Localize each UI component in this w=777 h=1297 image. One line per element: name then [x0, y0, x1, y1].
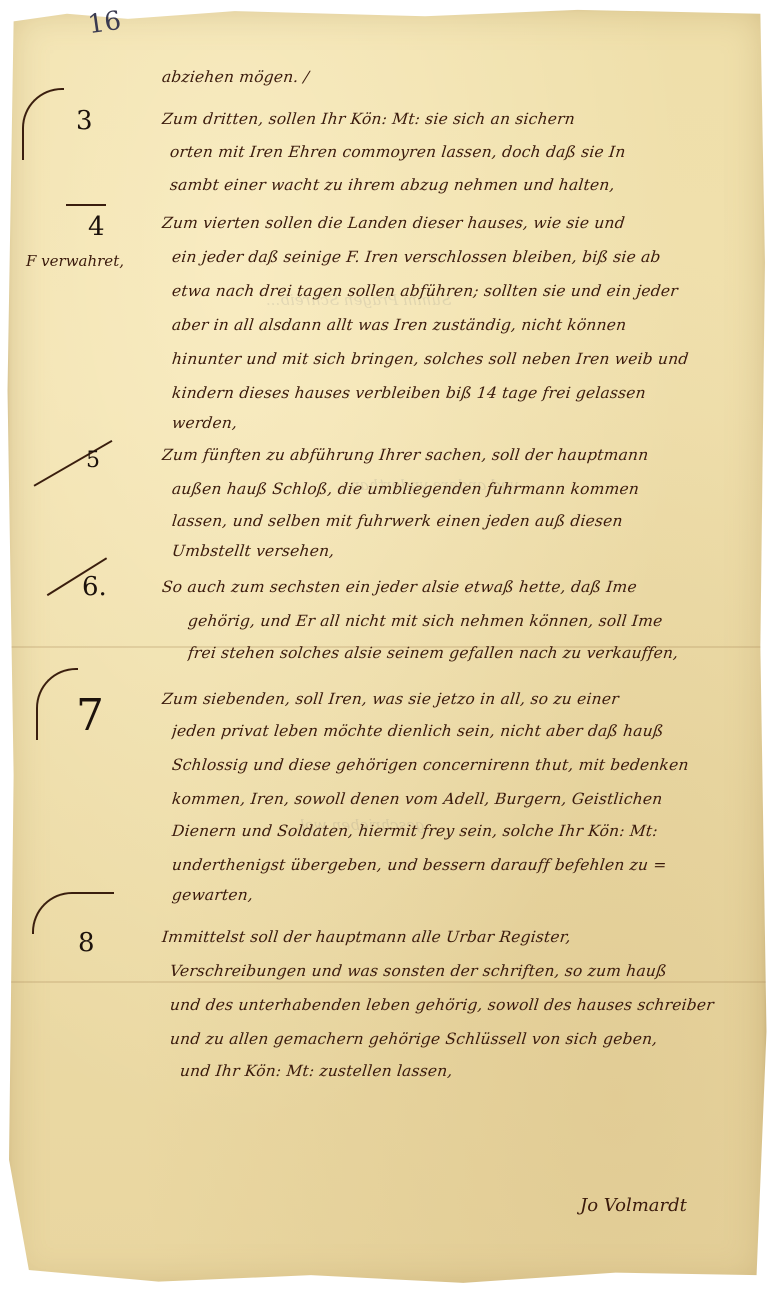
margin-note: F verwahret, [26, 252, 124, 270]
manuscript-line: und zu allen gemachern gehörige Schlüsse… [169, 1030, 756, 1048]
manuscript-line: jeden privat leben möchte dienlich sein,… [171, 722, 758, 740]
paragraph-number: 7 [76, 690, 104, 741]
signature: Jo Volmardt [580, 1195, 687, 1216]
manuscript-line: Immittelst soll der hauptmann alle Urbar… [161, 928, 748, 946]
manuscript-line: Zum fünften zu abführung Ihrer sachen, s… [161, 446, 748, 464]
manuscript-line: aber in all alsdann allt was Iren zustän… [171, 316, 758, 334]
manuscript-line: und Ihr Kön: Mt: zustellen lassen, [179, 1062, 766, 1080]
manuscript-line: kommen, Iren, sowoll denen vom Adell, Bu… [171, 790, 758, 808]
manuscript-line: Dienern und Soldaten, hiermit frey sein,… [171, 822, 758, 840]
paragraph-number: 4 [88, 212, 105, 242]
manuscript-line: Schlossig und diese gehörigen concernire… [171, 756, 758, 774]
manuscript-line: gewarten, [171, 886, 758, 904]
manuscript-line: sambt einer wacht zu ihrem abzug nehmen … [169, 176, 756, 194]
manuscript-line: Zum siebenden, soll Iren, was sie jetzo … [161, 690, 748, 708]
manuscript-line: und des unterhabenden leben gehörig, sow… [169, 996, 756, 1014]
manuscript-line: ein jeder daß seinige F. Iren verschloss… [171, 248, 758, 266]
manuscript-line: Zum vierten sollen die Landen dieser hau… [161, 214, 748, 232]
manuscript-line: werden, [171, 414, 758, 432]
manuscript-line: Zum dritten, sollen Ihr Kön: Mt: sie sic… [161, 110, 748, 128]
manuscript-line: lassen, und selben mit fuhrwerk einen je… [171, 512, 758, 530]
manuscript-line: So auch zum sechsten ein jeder alsie etw… [161, 578, 748, 596]
manuscript-line: frei stehen solches alsie seinem gefalle… [187, 644, 774, 662]
manuscript-line: hinunter und mit sich bringen, solches s… [171, 350, 758, 368]
paragraph-number: 8 [78, 928, 95, 958]
manuscript-line: Verschreibungen und was sonsten der schr… [169, 962, 756, 980]
page-number: 16 [86, 6, 123, 40]
manuscript-line: außen hauß Schloß, die umbliegenden fuhr… [171, 480, 758, 498]
paragraph-number: 6. [82, 572, 107, 602]
manuscript-line: underthenigst übergeben, und bessern dar… [171, 856, 758, 874]
manuscript-line: gehörig, und Er all nicht mit sich nehme… [187, 612, 774, 630]
manuscript-line: abziehen mögen. / [161, 68, 748, 86]
paper-fold-line [6, 981, 768, 983]
paragraph-number: 5 [86, 448, 100, 473]
manuscript-line: Umbstellt versehen, [171, 542, 758, 560]
manuscript-line: orten mit Iren Ehren commoyren lassen, d… [169, 143, 756, 161]
manuscript-line: etwa nach drei tagen sollen abführen; so… [171, 282, 758, 300]
paragraph-number: 3 [76, 106, 93, 136]
manuscript-line: kindern dieses hauses verbleiben biß 14 … [171, 384, 758, 402]
